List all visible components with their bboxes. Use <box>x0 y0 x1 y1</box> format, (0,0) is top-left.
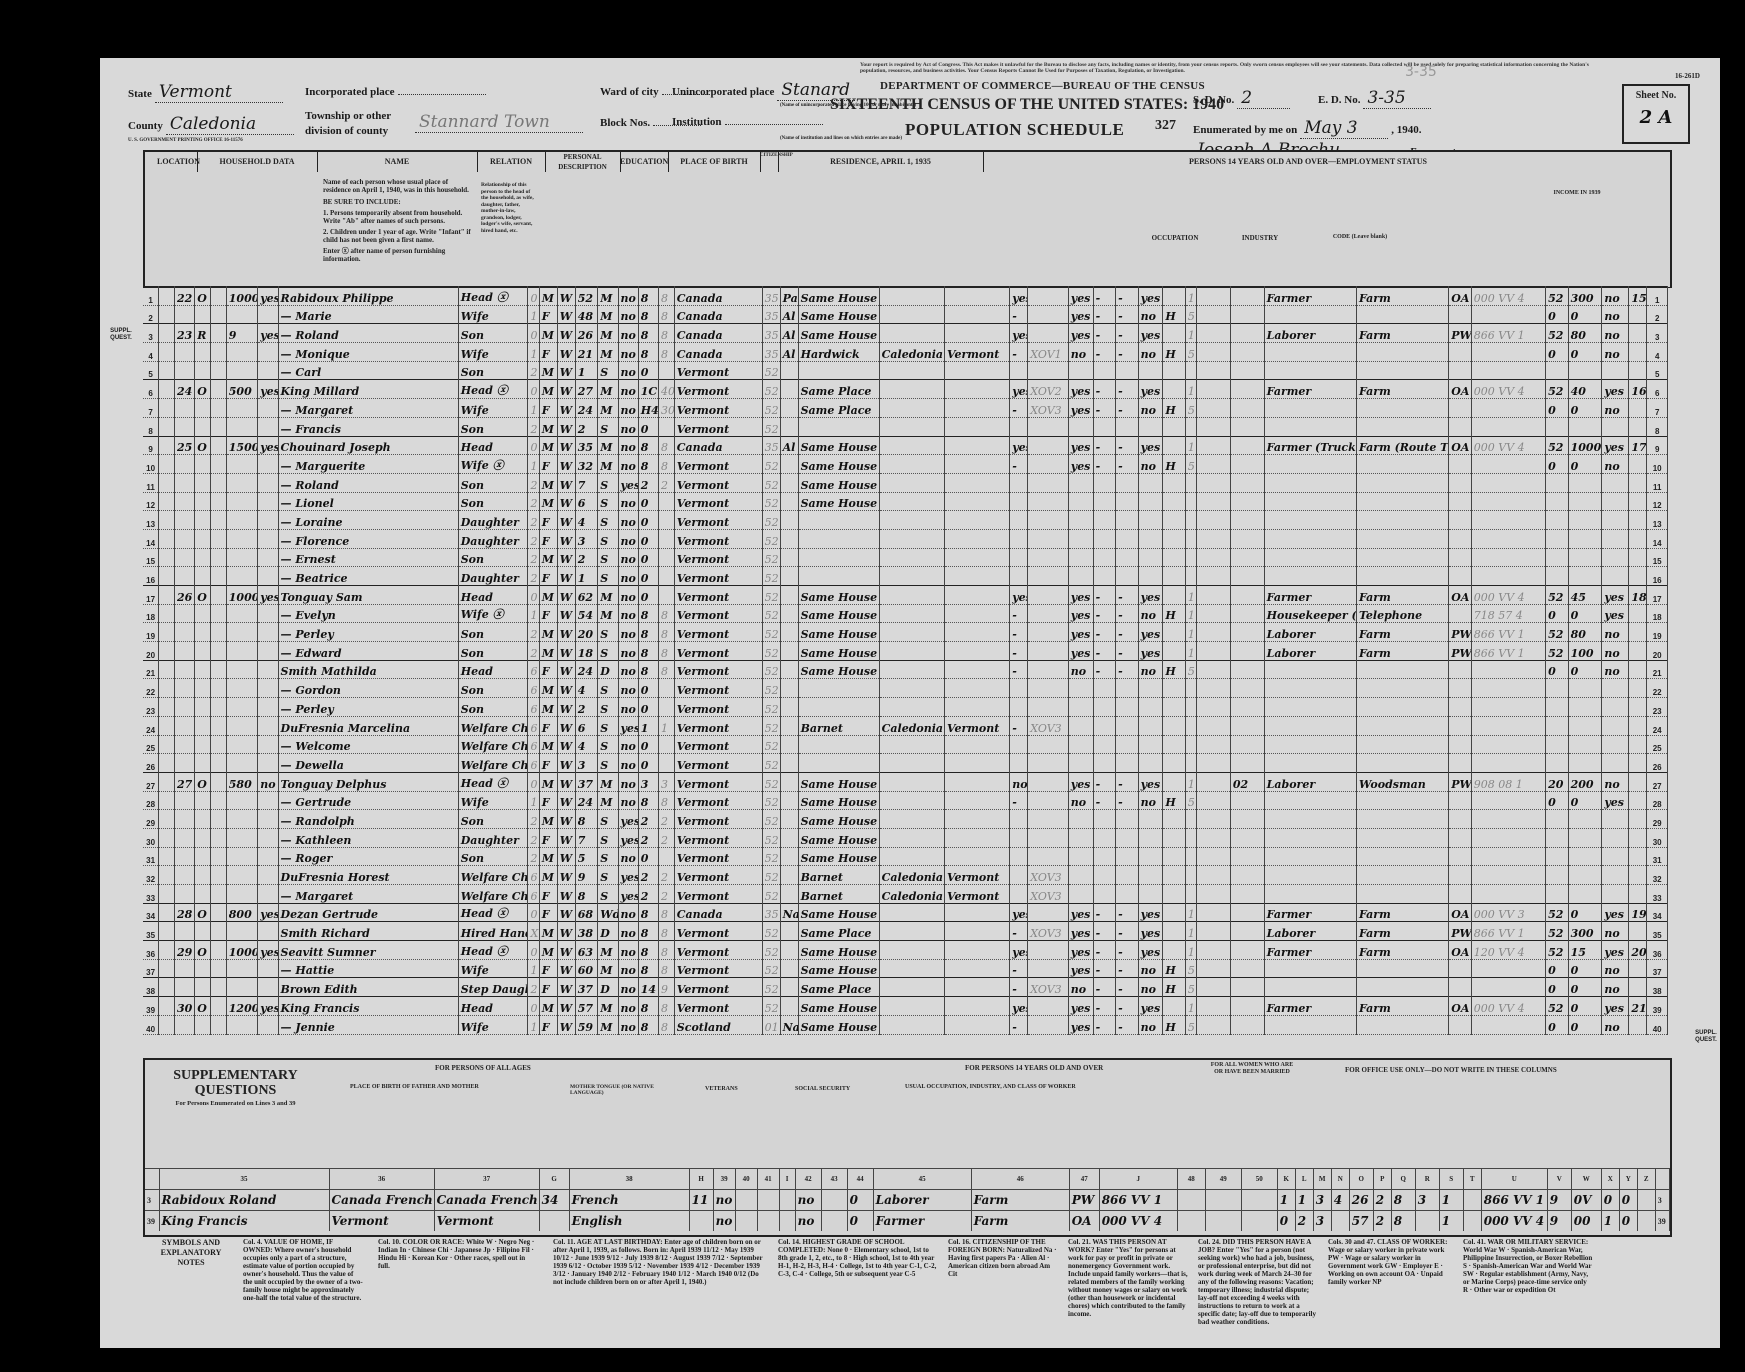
cell-industry: Farm <box>1356 324 1448 343</box>
cell-farm-sched: 18 <box>1629 586 1647 605</box>
cell-code-e <box>1185 548 1196 567</box>
supp-col-number: 40 <box>735 1169 757 1190</box>
cell-code-a: 0 <box>528 997 539 1016</box>
table-row: 18— EvelynWife ⓧ1FW54Mno88Vermont52Same … <box>143 604 1668 623</box>
cell-pub-em: - <box>1093 791 1116 810</box>
cell-seeking: - <box>1116 436 1139 455</box>
cell-hw-code: H <box>1163 959 1186 978</box>
cell-birthplace: Vermont <box>674 529 762 548</box>
cell-other-income: yes <box>1602 903 1629 922</box>
cell-farm-sched <box>1629 698 1647 717</box>
cell-farm-sched <box>1629 343 1647 362</box>
blank-cell <box>211 978 227 997</box>
cell-seeking <box>1116 716 1139 735</box>
cell-farm-1935 <box>1010 828 1028 847</box>
cell-farm <box>258 698 278 717</box>
cell-code-e: 1 <box>1185 324 1196 343</box>
cell-relation: Head <box>458 586 528 605</box>
cell-line: 3 <box>143 324 159 343</box>
cell-grade: 8 <box>638 436 658 455</box>
cell-marital: S <box>598 567 618 586</box>
cell-line: 31 <box>1647 847 1668 866</box>
cell-has-job: no <box>1138 305 1163 324</box>
cell-sex: M <box>539 492 557 511</box>
cell-res-state <box>944 455 1009 474</box>
cell-has-job: yes <box>1138 772 1163 791</box>
cell-hw-code <box>1163 436 1186 455</box>
cell-owned <box>195 417 211 436</box>
cell-pub-em: - <box>1093 623 1116 642</box>
cell-race: W <box>557 698 575 717</box>
cell-code-e: 1 <box>1185 642 1196 661</box>
cell-wages <box>1568 754 1602 773</box>
over-14-header: FOR PERSONS 14 YEARS OLD AND OVER <box>965 1064 1103 1072</box>
cell-line: 4 <box>1647 343 1668 362</box>
cell-wages <box>1568 679 1602 698</box>
cell-code-d <box>1028 455 1069 474</box>
cell-code-d: XOV3 <box>1028 885 1069 904</box>
cell-seeking <box>1116 847 1139 866</box>
cell-wages: 0 <box>1568 903 1602 922</box>
cell-weeks-unemp <box>1230 959 1264 978</box>
informant-text: Enter ⓧ after name of person furnishing … <box>323 247 473 263</box>
cell-code-a: 1 <box>528 343 539 362</box>
cell-seeking: - <box>1116 324 1139 343</box>
blank-cell <box>211 548 227 567</box>
cell-code-f: 718 57 4 <box>1471 604 1545 623</box>
cell-code-b <box>659 529 675 548</box>
cell-line: 23 <box>143 698 159 717</box>
cell-line: 1 <box>143 287 159 306</box>
cell-farm: yes <box>258 380 278 399</box>
blank-cell <box>159 399 175 418</box>
supp-cell-y: 0 <box>1619 1190 1637 1211</box>
cell-res-city: Same House <box>798 791 879 810</box>
cell-hours <box>1197 997 1231 1016</box>
cell-name: — Hattie <box>278 959 458 978</box>
cell-wages: 300 <box>1568 922 1602 941</box>
cell-industry <box>1356 361 1448 380</box>
cell-age: 18 <box>575 642 598 661</box>
cell-wages: 0 <box>1568 997 1602 1016</box>
cell-line: 11 <box>143 473 159 492</box>
blank-cell <box>211 324 227 343</box>
cell-weeks-worked: 20 <box>1546 772 1569 791</box>
cell-other-income: no <box>1602 455 1629 474</box>
cell-citizenship <box>780 417 798 436</box>
cell-value <box>226 343 258 362</box>
cell-owned <box>195 642 211 661</box>
supp-col-number: 35 <box>159 1169 329 1190</box>
cell-code-f <box>1471 660 1545 679</box>
cell-farm <box>258 922 278 941</box>
supp-col-number: U <box>1481 1169 1547 1190</box>
cell-line: 11 <box>1647 473 1668 492</box>
blank-cell <box>211 586 227 605</box>
cell-school: no <box>618 903 638 922</box>
cell-owned <box>195 885 211 904</box>
supp-cell-v: 9 <box>1547 1211 1571 1232</box>
cell-code-a: 1 <box>528 399 539 418</box>
cell-occupation: Laborer <box>1264 324 1356 343</box>
note-col-4: Col. 4. VALUE OF HOME, IF OWNED: Where o… <box>243 1238 363 1302</box>
table-row: 16— BeatriceDaughter2FW1Sno0Vermont5216 <box>143 567 1668 586</box>
cell-house-visit: 25 <box>175 436 195 455</box>
cell-school: yes <box>618 866 638 885</box>
cell-class: PW <box>1449 324 1472 343</box>
cell-hw-code <box>1163 997 1186 1016</box>
supp-cell-code-h: 11 <box>689 1190 713 1211</box>
cell-school: no <box>618 436 638 455</box>
cell-pub-em: - <box>1093 399 1116 418</box>
cell-res-city <box>798 567 879 586</box>
cell-name: — Randolph <box>278 810 458 829</box>
cell-citizenship <box>780 978 798 997</box>
cell-res-county <box>879 735 944 754</box>
cell-grade: 1 <box>638 716 658 735</box>
cell-farm-1935: - <box>1010 604 1028 623</box>
cell-wages: 45 <box>1568 586 1602 605</box>
cell-code-e: 1 <box>1185 903 1196 922</box>
cell-age: 27 <box>575 380 598 399</box>
cell-code-f: 908 08 1 <box>1471 772 1545 791</box>
cell-weeks-unemp <box>1230 361 1264 380</box>
cell-hw-code: H <box>1163 978 1186 997</box>
cell-has-job <box>1138 754 1163 773</box>
cell-hours <box>1197 735 1231 754</box>
cell-line: 26 <box>1647 754 1668 773</box>
institution-note: (Name of institution and lines on which … <box>780 136 902 141</box>
cell-school: no <box>618 959 638 978</box>
cell-house-visit <box>175 959 195 978</box>
cell-house-visit <box>175 698 195 717</box>
supp-col-number <box>145 1169 159 1190</box>
cell-code-b: 8 <box>659 903 675 922</box>
cell-farm: yes <box>258 324 278 343</box>
cell-occupation <box>1264 548 1356 567</box>
cell-sex: F <box>539 1015 557 1034</box>
cell-industry: Farm <box>1356 903 1448 922</box>
cell-other-income: yes <box>1602 586 1629 605</box>
cell-farm-1935: - <box>1010 399 1028 418</box>
cell-wages: 1000 <box>1568 436 1602 455</box>
cell-line: 19 <box>143 623 159 642</box>
cell-pub-em <box>1093 716 1116 735</box>
cell-res-city: Same House <box>798 642 879 661</box>
cell-res-state <box>944 772 1009 791</box>
cell-house-visit <box>175 567 195 586</box>
cell-code-a: 0 <box>528 903 539 922</box>
blank-cell <box>211 455 227 474</box>
cell-hours <box>1197 343 1231 362</box>
cell-name: — Jennie <box>278 1015 458 1034</box>
cell-class <box>1449 604 1472 623</box>
cell-industry <box>1356 529 1448 548</box>
cell-other-income <box>1602 810 1629 829</box>
cell-value <box>226 735 258 754</box>
cell-race: W <box>557 866 575 885</box>
cell-weeks-unemp <box>1230 735 1264 754</box>
cell-value <box>226 473 258 492</box>
cell-school: no <box>618 735 638 754</box>
cell-weeks-unemp <box>1230 380 1264 399</box>
cell-race: W <box>557 922 575 941</box>
cell-wages <box>1568 885 1602 904</box>
blank-cell <box>211 305 227 324</box>
cell-other-income <box>1602 417 1629 436</box>
cell-code-e <box>1185 754 1196 773</box>
cell-race: W <box>557 791 575 810</box>
cell-relation: Son <box>458 492 528 511</box>
cell-hours <box>1197 1015 1231 1034</box>
supp-col-number: 45 <box>873 1169 971 1190</box>
cell-grade: 8 <box>638 623 658 642</box>
cell-age: 62 <box>575 586 598 605</box>
cell-res-county <box>879 586 944 605</box>
cell-seeking: - <box>1116 287 1139 306</box>
supp-col-number: G <box>539 1169 569 1190</box>
cell-line: 23 <box>1647 698 1668 717</box>
cell-class <box>1449 492 1472 511</box>
cell-class <box>1449 1015 1472 1034</box>
cell-sex: M <box>539 361 557 380</box>
cell-code-a: 2 <box>528 473 539 492</box>
cell-weeks-worked <box>1546 716 1569 735</box>
cell-res-state <box>944 473 1009 492</box>
table-row: 3629O1000yesSeavitt SumnerHead ⓧ0MW63Mno… <box>143 941 1668 960</box>
cell-wages <box>1568 866 1602 885</box>
cell-seeking: - <box>1116 959 1139 978</box>
cell-res-city <box>798 417 879 436</box>
note-col-16: Col. 16. CITIZENSHIP OF THE FOREIGN BORN… <box>948 1238 1058 1278</box>
cell-school: no <box>618 1015 638 1034</box>
cell-code-f <box>1471 417 1545 436</box>
cell-code-e <box>1185 567 1196 586</box>
cell-has-job: no <box>1138 455 1163 474</box>
cell-farm-1935: yes <box>1010 380 1028 399</box>
cell-school: no <box>618 604 638 623</box>
cell-code-e: 1 <box>1185 287 1196 306</box>
cell-citizenship: Na <box>780 1015 798 1034</box>
supp-cell-n: 4 <box>1331 1190 1349 1211</box>
cell-grade: 0 <box>638 511 658 530</box>
cell-grade: 8 <box>638 455 658 474</box>
blank-cell <box>211 492 227 511</box>
cell-school: no <box>618 698 638 717</box>
supp-cell-line: 39 <box>145 1211 159 1232</box>
cell-pub-em <box>1093 866 1116 885</box>
cell-pub-em: - <box>1093 455 1116 474</box>
cell-farm-sched: 15 <box>1629 287 1647 306</box>
cell-name: — Perley <box>278 698 458 717</box>
cell-grade: 8 <box>638 604 658 623</box>
cell-code-b <box>659 586 675 605</box>
blank-cell <box>211 922 227 941</box>
cell-name: — Edward <box>278 642 458 661</box>
cell-hours <box>1197 847 1231 866</box>
cell-line: 20 <box>1647 642 1668 661</box>
cell-other-income: no <box>1602 660 1629 679</box>
cell-res-state <box>944 959 1009 978</box>
cell-house-visit <box>175 417 195 436</box>
cell-house-visit <box>175 642 195 661</box>
cell-seeking: - <box>1116 997 1139 1016</box>
cell-hw-code <box>1163 287 1186 306</box>
cell-has-job: yes <box>1138 287 1163 306</box>
cell-birthplace: Vermont <box>674 511 762 530</box>
supp-cell-c41 <box>757 1190 779 1211</box>
table-row: 38Brown EdithStep Daughter2FW37Dno149Ver… <box>143 978 1668 997</box>
cell-code-e <box>1185 529 1196 548</box>
cell-farm-1935 <box>1010 698 1028 717</box>
cell-farm-1935: yes <box>1010 997 1028 1016</box>
cell-grade: 0 <box>638 679 658 698</box>
table-row: 31— RogerSon2MW5Sno0Vermont52Same House3… <box>143 847 1668 866</box>
cell-citizenship <box>780 586 798 605</box>
cell-relation: Daughter <box>458 529 528 548</box>
cell-name: — Dewella <box>278 754 458 773</box>
cell-code-b: 2 <box>659 885 675 904</box>
blank-cell <box>159 810 175 829</box>
cell-weeks-worked <box>1546 473 1569 492</box>
table-row: 2727O580noTonguay DelphusHead ⓧ0MW37Mno3… <box>143 772 1668 791</box>
cell-res-state <box>944 997 1009 1016</box>
cell-hours <box>1197 567 1231 586</box>
cell-code-e <box>1185 698 1196 717</box>
cell-other-income: no <box>1602 305 1629 324</box>
county-label: County <box>128 120 163 132</box>
cell-age: 4 <box>575 679 598 698</box>
supp-cell-c42: no <box>795 1190 821 1211</box>
cell-code-e <box>1185 716 1196 735</box>
cell-code-c: 52 <box>762 679 780 698</box>
blank-cell <box>211 885 227 904</box>
table-row: 21Smith MathildaHead6FW24Dno88Vermont52S… <box>143 660 1668 679</box>
cell-sex: F <box>539 828 557 847</box>
table-row: 32DuFresnia HorestWelfare Child Son6MW9S… <box>143 866 1668 885</box>
cell-house-visit <box>175 305 195 324</box>
blank-cell <box>159 511 175 530</box>
cell-farm-1935 <box>1010 417 1028 436</box>
cell-grade: 8 <box>638 287 658 306</box>
cell-occupation <box>1264 473 1356 492</box>
cell-line: 22 <box>1647 679 1668 698</box>
cell-occupation <box>1264 885 1356 904</box>
supp-col-number: 41 <box>757 1169 779 1190</box>
veterans-header: VETERANS <box>705 1086 738 1092</box>
cell-race: W <box>557 772 575 791</box>
supp-cell-father: Canada French <box>329 1190 434 1211</box>
cell-occupation <box>1264 660 1356 679</box>
group-birthplace: PLACE OF BIRTH <box>668 152 761 172</box>
sd-label: S. D. No. <box>1193 94 1234 106</box>
cell-birthplace: Canada <box>674 343 762 362</box>
cell-class: PW <box>1449 623 1472 642</box>
cell-res-county <box>879 754 944 773</box>
cell-code-d <box>1028 305 1069 324</box>
cell-industry: Farm <box>1356 623 1448 642</box>
cell-farm-sched <box>1629 455 1647 474</box>
cell-citizenship <box>780 997 798 1016</box>
cell-industry: Farm <box>1356 997 1448 1016</box>
supp-cell-n <box>1331 1211 1349 1232</box>
cell-farm-1935: - <box>1010 959 1028 978</box>
cell-res-state <box>944 698 1009 717</box>
cell-birthplace: Canada <box>674 305 762 324</box>
cell-relation: Wife <box>458 791 528 810</box>
cell-occupation: Farmer (Trucking) <box>1264 436 1356 455</box>
cell-age: 2 <box>575 548 598 567</box>
supp-col-number: 48 <box>1177 1169 1205 1190</box>
table-row: 7— MargaretWife1FW24MnoH430Vermont52Same… <box>143 399 1668 418</box>
cell-has-job <box>1138 885 1163 904</box>
blank-cell <box>159 772 175 791</box>
cell-owned: O <box>195 436 211 455</box>
cell-name: Smith Richard <box>278 922 458 941</box>
cell-code-f <box>1471 978 1545 997</box>
cell-res-state <box>944 436 1009 455</box>
cell-code-b: 30 <box>659 399 675 418</box>
cell-code-e: 5 <box>1185 305 1196 324</box>
cell-race: W <box>557 567 575 586</box>
cell-code-c: 52 <box>762 922 780 941</box>
cell-seeking <box>1116 885 1139 904</box>
cell-code-b: 9 <box>659 978 675 997</box>
income-header: INCOME IN 1939 <box>1547 190 1607 196</box>
cell-res-city: Same House <box>798 623 879 642</box>
blank-cell <box>211 361 227 380</box>
cell-grade: 8 <box>638 997 658 1016</box>
cell-pub-em <box>1093 548 1116 567</box>
blank-cell <box>159 866 175 885</box>
cell-age: 52 <box>575 287 598 306</box>
supp-cell-o: 57 <box>1349 1211 1373 1232</box>
cell-farm-1935: yes <box>1010 324 1028 343</box>
cell-line: 5 <box>143 361 159 380</box>
cell-other-income: yes <box>1602 604 1629 623</box>
cell-res-county <box>879 324 944 343</box>
cell-other-income <box>1602 735 1629 754</box>
cell-citizenship <box>780 548 798 567</box>
cell-school: yes <box>618 473 638 492</box>
cell-house-visit <box>175 735 195 754</box>
cell-weeks-unemp <box>1230 810 1264 829</box>
cell-pub-em: - <box>1093 660 1116 679</box>
cell-has-job: no <box>1138 604 1163 623</box>
cell-code-a: 2 <box>528 417 539 436</box>
cell-house-visit: 22 <box>175 287 195 306</box>
cell-citizenship <box>780 642 798 661</box>
supp-cell-c48 <box>1177 1211 1205 1232</box>
cell-farm-sched <box>1629 492 1647 511</box>
blank-cell <box>159 1015 175 1034</box>
cell-marital: M <box>598 959 618 978</box>
cell-occupation <box>1264 978 1356 997</box>
name-instructions-text: Name of each person whose usual place of… <box>323 178 473 194</box>
table-row: 35Smith RichardHired HandXMW38Dno88Vermo… <box>143 922 1668 941</box>
cell-age: 24 <box>575 399 598 418</box>
cell-has-job <box>1138 828 1163 847</box>
cell-age: 37 <box>575 978 598 997</box>
cell-res-city <box>798 698 879 717</box>
supp-cell-k: 0 <box>1277 1211 1295 1232</box>
cell-code-c: 52 <box>762 567 780 586</box>
cell-code-e: 5 <box>1185 343 1196 362</box>
cell-code-b: 2 <box>659 828 675 847</box>
cell-pub-em: - <box>1093 642 1116 661</box>
cell-grade: 2 <box>638 885 658 904</box>
cell-weeks-worked: 0 <box>1546 791 1569 810</box>
